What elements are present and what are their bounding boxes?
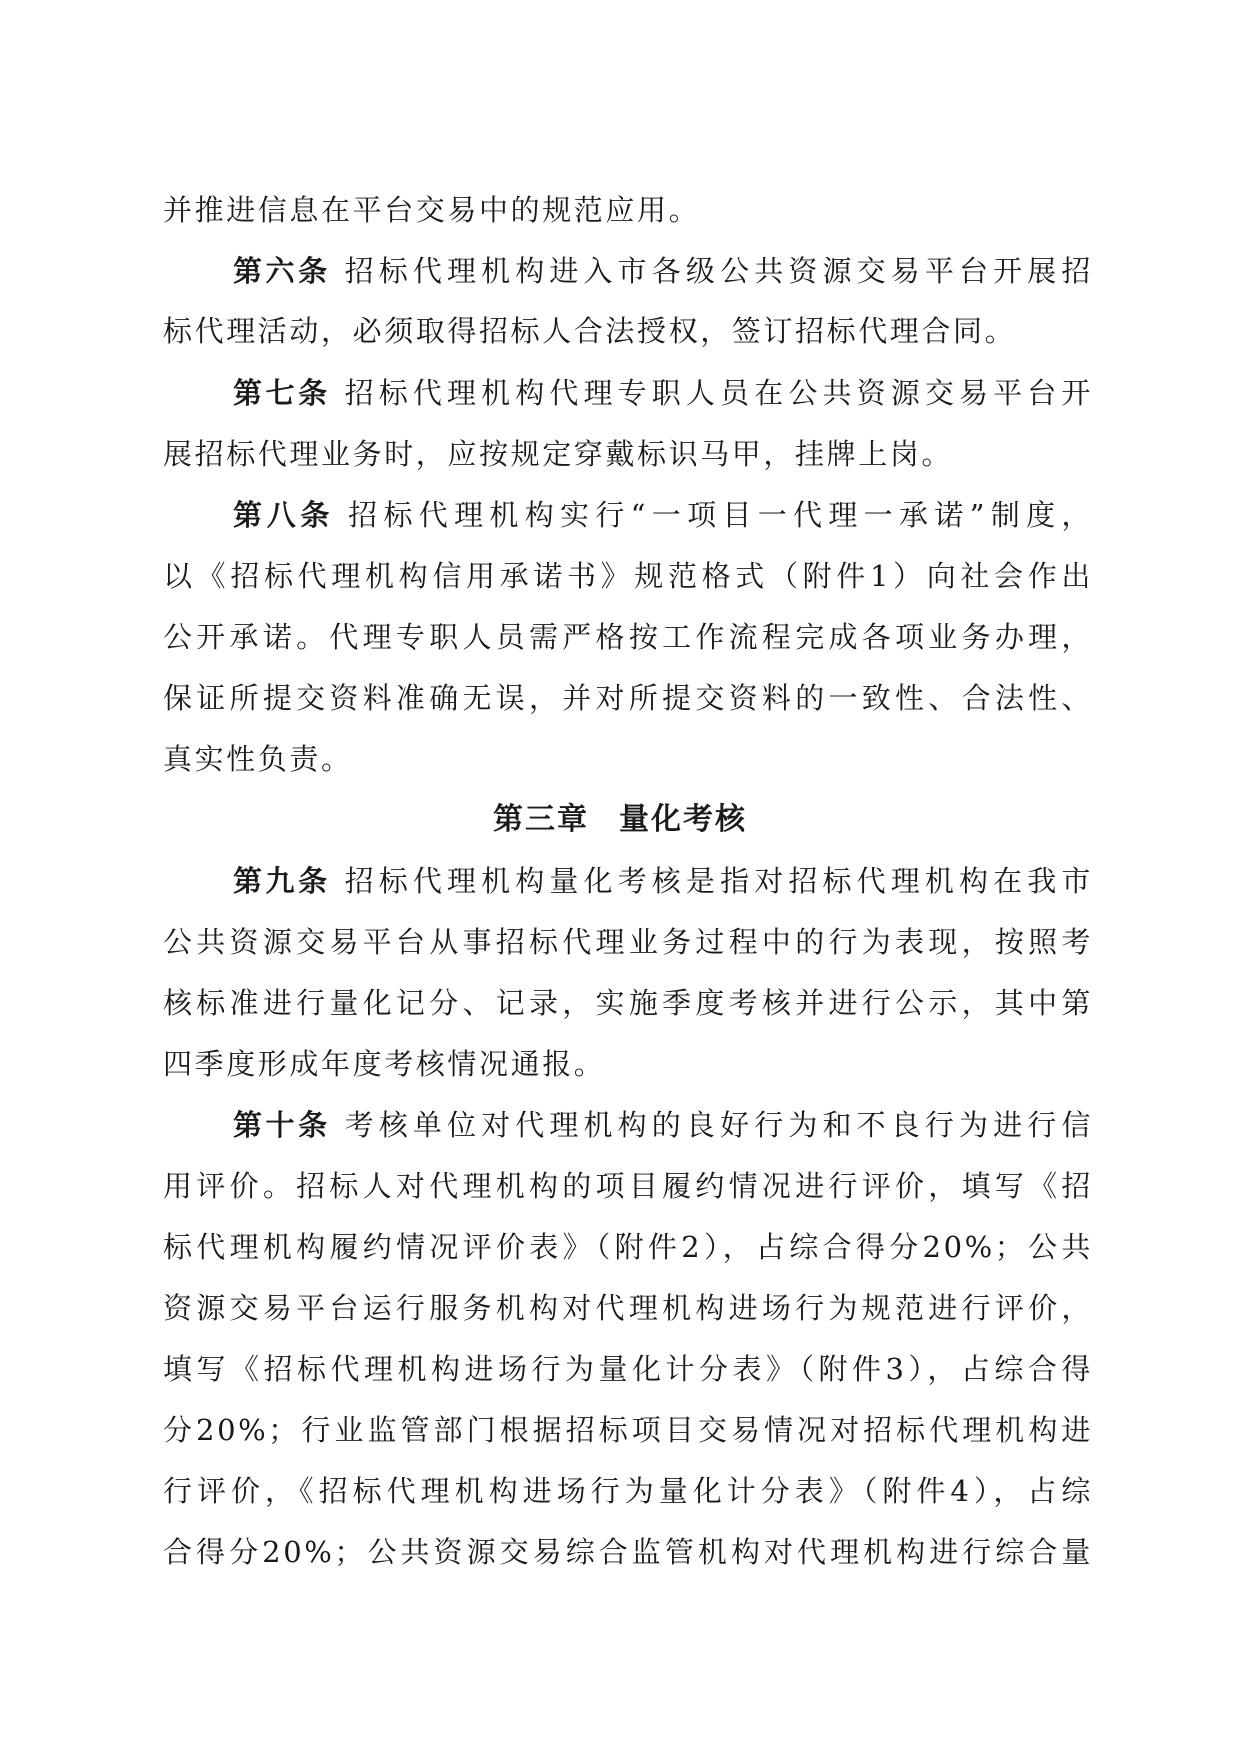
chapter-heading: 第三章量化考核 [0, 794, 1240, 846]
article-8-line-2: 以《招标代理机构信用承诺书》规范格式（附件1）向社会作出 [163, 550, 1093, 602]
chapter-number: 第三章 [493, 802, 589, 837]
article-text: 招标代理机构实行“一项目一代理一承诺”制度， [348, 498, 1093, 532]
article-9-line-4: 四季度形成年度考核情况通报。 [163, 1038, 1093, 1090]
article-9-line-3: 核标准进行量化记分、记录，实施季度考核并进行公示，其中第 [163, 977, 1093, 1029]
article-8-line-3: 公开承诺。代理专职人员需严格按工作流程完成各项业务办理， [163, 611, 1093, 663]
article-number: 第九条 [233, 864, 331, 898]
article-10-line-6: 分20%；行业监管部门根据招标项目交易情况对招标代理机构进 [163, 1404, 1093, 1456]
article-text: 招标代理机构量化考核是指对招标代理机构在我市 [345, 864, 1093, 898]
article-7-line-1: 第七条招标代理机构代理专职人员在公共资源交易平台开 [233, 367, 1093, 419]
article-10-line-3: 标代理机构履约情况评价表》（附件2），占综合得分20%；公共 [163, 1221, 1093, 1273]
chapter-title: 量化考核 [619, 802, 747, 837]
article-8-line-5: 真实性负责。 [163, 733, 1093, 785]
article-10-line-7: 行评价，《招标代理机构进场行为量化计分表》（附件4），占综 [163, 1465, 1093, 1517]
article-text: 招标代理机构代理专职人员在公共资源交易平台开 [345, 376, 1093, 410]
article-number: 第八条 [233, 498, 334, 532]
article-7-line-2: 展招标代理业务时，应按规定穿戴标识马甲，挂牌上岗。 [163, 428, 1093, 480]
document-page: 并推进信息在平台交易中的规范应用。 第六条招标代理机构进入市各级公共资源交易平台… [0, 0, 1240, 1753]
article-8-line-4: 保证所提交资料准确无误，并对所提交资料的一致性、合法性、 [163, 672, 1093, 724]
article-8-line-1: 第八条招标代理机构实行“一项目一代理一承诺”制度， [233, 489, 1093, 541]
article-10-line-8: 合得分20%；公共资源交易综合监管机构对代理机构进行综合量 [163, 1526, 1093, 1578]
article-10-line-5: 填写《招标代理机构进场行为量化计分表》（附件3），占综合得 [163, 1343, 1093, 1395]
article-text: 考核单位对代理机构的良好行为和不良行为进行信 [345, 1108, 1093, 1142]
article-9-line-2: 公共资源交易平台从事招标代理业务过程中的行为表现，按照考 [163, 916, 1093, 968]
article-number: 第七条 [233, 376, 331, 410]
article-6-line-2: 标代理活动，必须取得招标人合法授权，签订招标代理合同。 [163, 305, 1093, 357]
article-10-line-1: 第十条考核单位对代理机构的良好行为和不良行为进行信 [233, 1099, 1093, 1151]
article-10-line-2: 用评价。招标人对代理机构的项目履约情况进行评价，填写《招 [163, 1160, 1093, 1212]
article-10-line-4: 资源交易平台运行服务机构对代理机构进场行为规范进行评价， [163, 1282, 1093, 1334]
paragraph-line: 并推进信息在平台交易中的规范应用。 [163, 184, 1093, 236]
article-number: 第六条 [233, 254, 331, 288]
article-number: 第十条 [233, 1108, 331, 1142]
article-6-line-1: 第六条招标代理机构进入市各级公共资源交易平台开展招 [233, 245, 1093, 297]
article-text: 招标代理机构进入市各级公共资源交易平台开展招 [345, 254, 1093, 288]
article-9-line-1: 第九条招标代理机构量化考核是指对招标代理机构在我市 [233, 855, 1093, 907]
